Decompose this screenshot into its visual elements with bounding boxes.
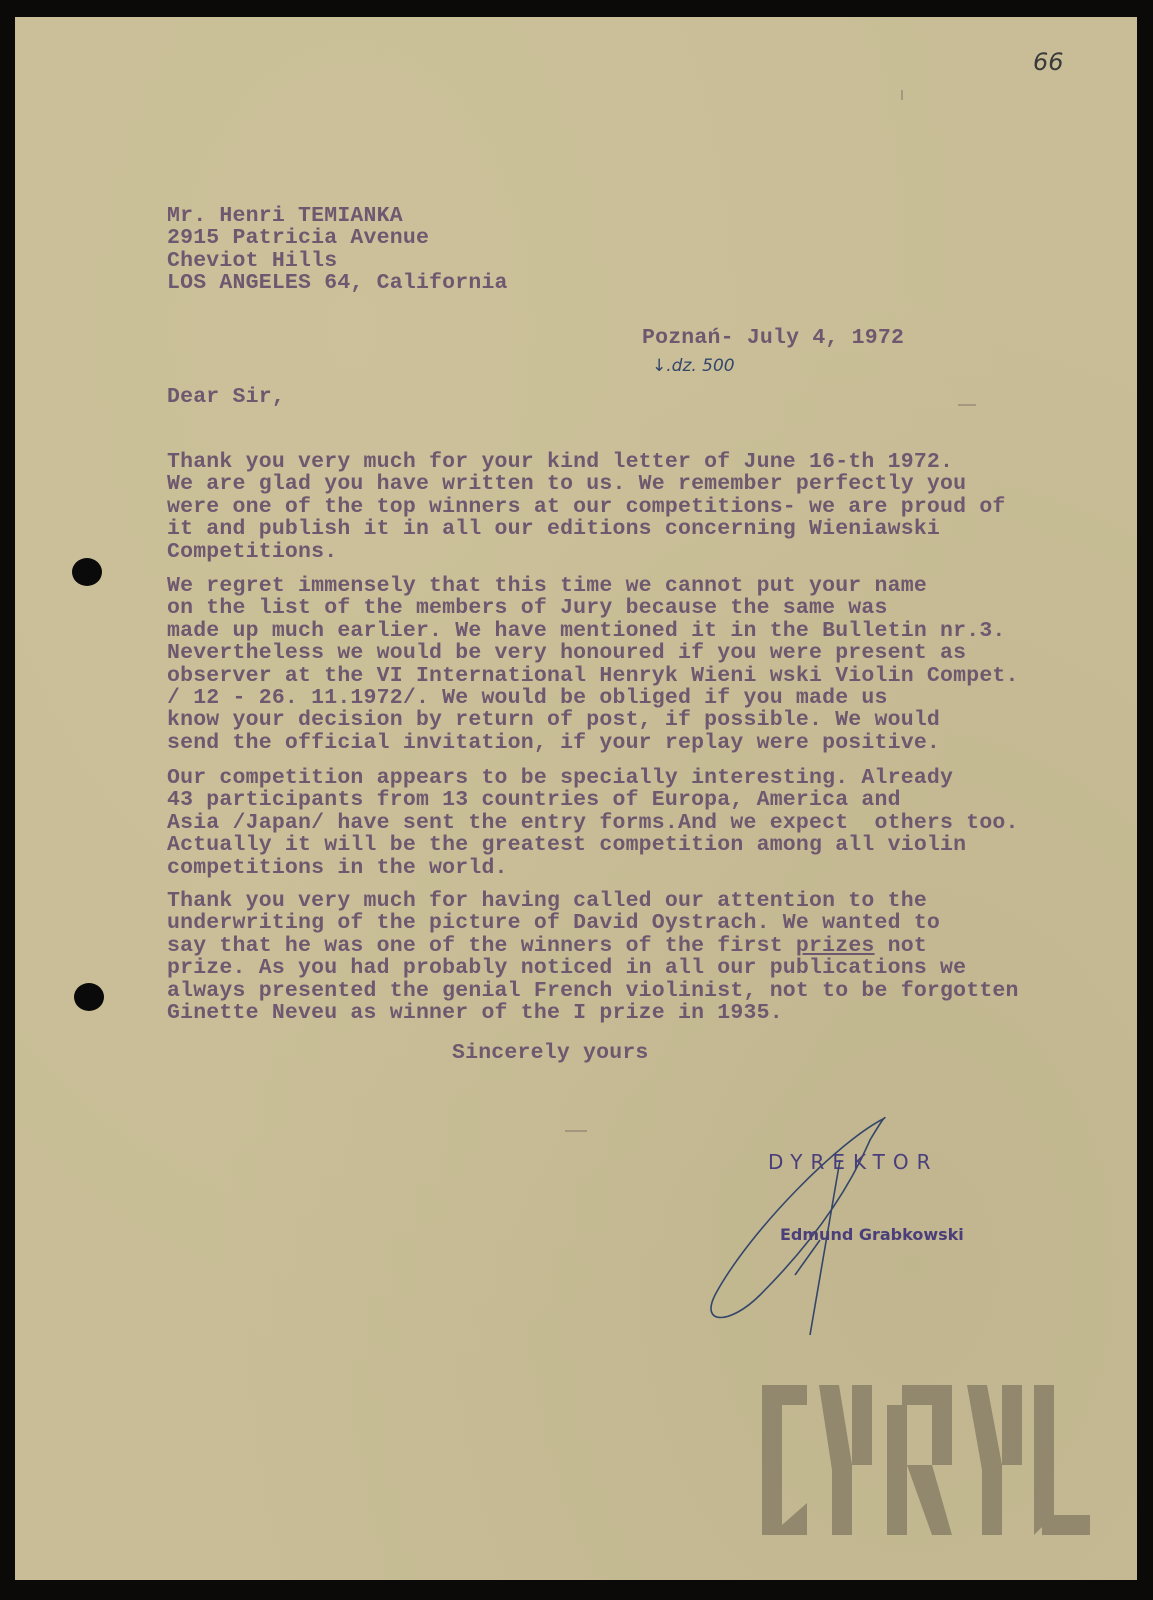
page-number: 66 <box>1033 48 1064 76</box>
address-line: LOS ANGELES 64, California <box>167 272 508 294</box>
text-line: 43 participants from 13 countries of Eur… <box>167 789 1019 811</box>
text-line: observer at the VI International Henryk … <box>167 665 1019 687</box>
punch-hole <box>74 983 104 1011</box>
text-line: Actually it will be the greatest competi… <box>167 834 1019 856</box>
paragraph-2: We regret immensely that this time we ca… <box>167 575 1019 754</box>
text-line: We are glad you have written to us. We r… <box>167 473 1006 495</box>
text-line: say that he was one of the winners of th… <box>167 935 1019 957</box>
address-line: Mr. Henri TEMIANKA <box>167 205 508 227</box>
stamp-name: Edmund Grabkowski <box>780 1225 964 1244</box>
recipient-address: Mr. Henri TEMIANKA2915 Patricia AvenueCh… <box>167 205 508 295</box>
address-line: Cheviot Hills <box>167 250 508 272</box>
text-line: Competitions. <box>167 541 1006 563</box>
text-line: know your decision by return of post, if… <box>167 709 1019 731</box>
text-line: on the list of the members of Jury becau… <box>167 597 1019 619</box>
text-line: competitions in the world. <box>167 857 1019 879</box>
text-line: prize. As you had probably noticed in al… <box>167 957 1019 979</box>
text-line: always presented the genial French violi… <box>167 980 1019 1002</box>
text-line: underwriting of the picture of David Oys… <box>167 912 1019 934</box>
ink-mark <box>565 1130 587 1132</box>
paragraph-4: Thank you very much for having called ou… <box>167 890 1019 1024</box>
text-line: Our competition appears to be specially … <box>167 767 1019 789</box>
paragraph-3: Our competition appears to be specially … <box>167 767 1019 879</box>
text-line: / 12 - 26. 11.1972/. We would be obliged… <box>167 687 1019 709</box>
text-line: were one of the top winners at our compe… <box>167 496 1006 518</box>
punch-hole <box>72 558 102 586</box>
text-line: it and publish it in all our editions co… <box>167 518 1006 540</box>
date-line: Poznań- July 4, 1972 <box>642 327 904 349</box>
text-line: Thank you very much for having called ou… <box>167 890 1019 912</box>
closing: Sincerely yours <box>452 1042 649 1064</box>
text-line: Nevertheless we would be very honoured i… <box>167 642 1019 664</box>
underlined-word: prizes <box>796 934 875 958</box>
paragraph-1: Thank you very much for your kind letter… <box>167 451 1006 563</box>
ink-mark <box>958 404 976 406</box>
stamp-title: DYREKTOR <box>768 1150 938 1174</box>
salutation: Dear Sir, <box>167 386 285 408</box>
address-line: 2915 Patricia Avenue <box>167 227 508 249</box>
text-line: Asia /Japan/ have sent the entry forms.A… <box>167 812 1019 834</box>
text-line: made up much earlier. We have mentioned … <box>167 620 1019 642</box>
ink-mark <box>901 90 903 100</box>
reference-note: ↓.dz. 500 <box>652 356 735 376</box>
text-line: send the official invitation, if your re… <box>167 732 1019 754</box>
text-line: Thank you very much for your kind letter… <box>167 451 1006 473</box>
text-line: Ginette Neveu as winner of the I prize i… <box>167 1002 1019 1024</box>
cyryl-watermark-logo: CYRYL <box>762 1385 1102 1535</box>
text-line: We regret immensely that this time we ca… <box>167 575 1019 597</box>
